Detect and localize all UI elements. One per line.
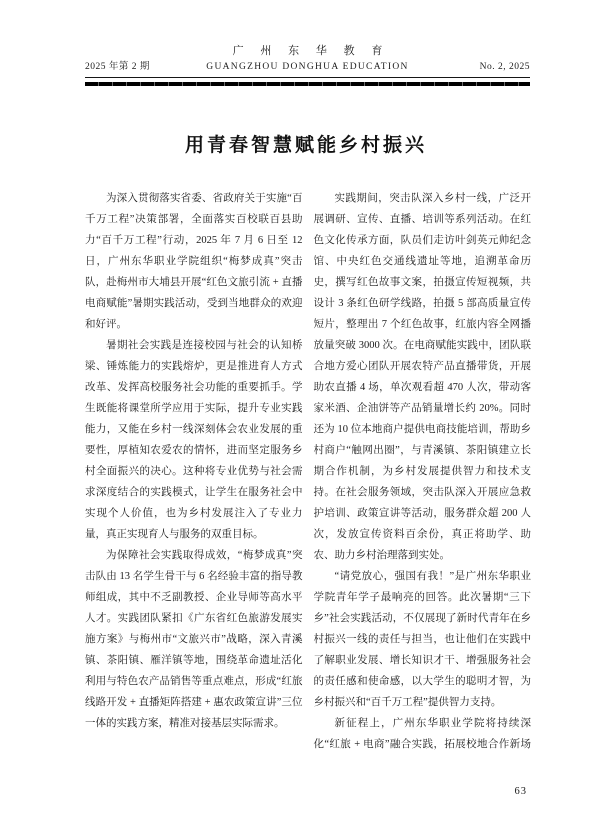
journal-masthead: 广 州 东 华 教 育 GUANGZHOU DONGHUA EDUCATION xyxy=(85,42,530,72)
page-number: 63 xyxy=(515,786,528,797)
paragraph-4: 实践期间，突击队深入乡村一线，广泛开展调研、宣传、直播、培训等系列活动。在红色文… xyxy=(314,188,532,566)
issue-label-cn: 2025 年第 2 期 xyxy=(85,58,150,72)
paragraph-2: 暑期社会实践是连接校园与社会的认知桥梁、锤炼能力的实践熔炉，更是推进育人方式改革… xyxy=(85,335,303,545)
paragraph-1: 为深入贯彻落实省委、省政府关于实施“百千万工程”决策部署，全面落实百校联百县助力… xyxy=(85,188,303,335)
header-row: 2025 年第 2 期 广 州 东 华 教 育 GUANGZHOU DONGHU… xyxy=(85,42,530,72)
header-rule-thick xyxy=(85,82,530,86)
article-body: 为深入贯彻落实省委、省政府关于实施“百千万工程”决策部署，全面落实百校联百县助力… xyxy=(85,188,531,758)
paragraph-5: “请党放心，强国有我！”是广州东华职业学院青年学子最响亮的回答。此次暑期“三下乡… xyxy=(314,566,532,713)
article-title: 用青春智慧赋能乡村振兴 xyxy=(0,130,612,157)
journal-page: 2025 年第 2 期 广 州 东 华 教 育 GUANGZHOU DONGHU… xyxy=(0,0,612,839)
journal-name-cn: 广 州 东 华 教 育 xyxy=(85,42,530,58)
issue-label-en: No. 2, 2025 xyxy=(480,62,530,72)
header-rule-thin xyxy=(85,77,530,78)
paragraph-3: 为保障社会实践取得成效，“梅梦成真”突击队由 13 名学生骨干与 6 名经验丰富… xyxy=(85,545,303,734)
journal-name-en: GUANGZHOU DONGHUA EDUCATION xyxy=(85,62,530,72)
page-header: 2025 年第 2 期 广 州 东 华 教 育 GUANGZHOU DONGHU… xyxy=(85,42,530,86)
